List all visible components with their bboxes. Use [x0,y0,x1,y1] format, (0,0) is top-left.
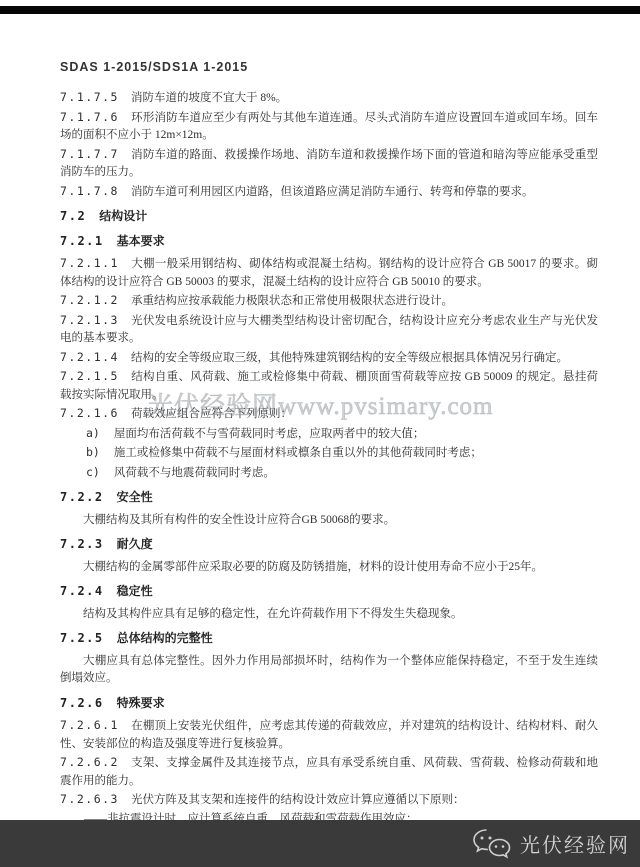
clause-number: 7.2.1.5 [60,369,119,383]
clause-text: 荷载效应组合应符合下列原则： [131,408,292,420]
clause-text: 环形消防车道应至少有两处与其他车道连通。尽头式消防车道应设置回车道或回车场。回车… [60,112,598,142]
clause-text: 结构及其构件应具有足够的稳定性，在允许荷载作用下不得发生失稳现象。 [83,608,463,620]
clause-number: 7.2.5 [60,631,104,645]
para-para: 大棚结构的金属零部件应采取必要的防腐及防锈措施，材料的设计使用寿命不应小于25年… [60,559,598,577]
heading-7.2.3: 7.2.3耐久度 [60,536,598,554]
clause-text: 大棚结构及其所有构件的安全性设计应符合GB 50068的要求。 [83,514,395,526]
clause-text: 稳定性 [117,584,153,598]
clause-number: 7.2.6.2 [60,755,119,769]
para-para: 结构及其构件应具有足够的稳定性，在允许荷载作用下不得发生失稳现象。 [60,606,598,624]
clause-text: 耐久度 [117,537,153,551]
clause-7.1.7.8: 7.1.7.8消防车道可利用园区内道路，但该道路应满足消防车通行、转弯和停靠的要… [60,183,598,202]
clause-number: 7.2.1.4 [60,350,119,364]
clause-7.2.6.3: 7.2.6.3光伏方阵及其支架和连接件的结构设计效应计算应遵循以下原则： [60,791,598,810]
heading-7.2.1: 7.2.1基本要求 [60,233,598,251]
clause-text: 在棚顶上安装光伏组件，应考虑其传递的荷载效应，并对建筑的结构设计、结构材料、耐久… [60,720,598,750]
list-item-label: b) [86,445,100,459]
document-body: 7.1.7.5消防车道的坡度不宜大于 8%。7.1.7.6环形消防车道应至少有两… [60,89,598,828]
clause-text: 风荷载不与地震荷载同时考虑。 [114,467,275,479]
clause-text: 大棚应具有总体完整性。因外力作用局部损坏时，结构作为一个整体应能保持稳定，不至于… [60,655,598,685]
heading-7.2.2: 7.2.2安全性 [60,489,598,507]
list-item-label: c) [86,465,100,479]
clause-number: 7.1.7.6 [60,110,119,124]
clause-number: 7.2.1 [60,234,104,248]
clause-7.2.1.5: 7.2.1.5结构自重、风荷载、施工或检修集中荷载、棚顶面雪荷载等应按 GB 5… [60,368,598,404]
heading-7.2.5: 7.2.5总体结构的完整性 [60,630,598,648]
para-para: 大棚结构及其所有构件的安全性设计应符合GB 50068的要求。 [60,512,598,530]
clause-number: 7.1.7.7 [60,147,119,161]
clause-number: 7.2.1.1 [60,256,119,270]
clause-7.1.7.5: 7.1.7.5消防车道的坡度不宜大于 8%。 [60,89,598,108]
clause-number: 7.2.6.1 [60,718,119,732]
clause-text: 总体结构的完整性 [117,631,213,645]
clause-number: 7.2.3 [60,537,104,551]
clause-number: 7.2.2 [60,490,104,504]
clause-text: 承重结构应按承载能力极限状态和正常使用极限状态进行设计。 [131,295,453,307]
document-standard-number: SDAS 1-2015/SDS1A 1-2015 [60,60,598,74]
clause-text: 安全性 [117,490,153,504]
heading-7.2.4: 7.2.4稳定性 [60,583,598,601]
clause-7.2.1.4: 7.2.1.4结构的安全等级应取三级，其他特殊建筑钢结构的安全等级应根据具体情况… [60,349,598,368]
clause-text: 结构自重、风荷载、施工或检修集中荷载、棚顶面雪荷载等应按 GB 50009 的规… [60,371,598,401]
clause-text: 屋面均布活荷载不与雪荷载同时考虑，应取两者中的较大值； [114,428,425,440]
clause-text: 光伏方阵及其支架和连接件的结构设计效应计算应遵循以下原则： [131,794,465,806]
clause-7.2.6.2: 7.2.6.2支架、支撑金属件及其连接节点，应具有承受系统自重、风荷载、雪荷载、… [60,754,598,790]
clause-text: 结构设计 [99,209,147,223]
list-item-a: a)屋面均布活荷载不与雪荷载同时考虑，应取两者中的较大值； [60,425,598,444]
clause-number: 7.2.1.3 [60,313,119,327]
clause-text: 光伏发电系统设计应与大棚类型结构设计密切配合，结构设计应充分考虑农业生产与光伏发… [60,315,598,345]
clause-7.1.7.7: 7.1.7.7消防车道的路面、救援操作场地、消防车道和救援操作场下面的管道和暗沟… [60,146,598,182]
heading-7.2: 7.2结构设计 [60,208,598,226]
list-item-label: a) [86,426,100,440]
clause-text: 施工或检修集中荷载不与屋面材料或檩条自重以外的其他荷载同时考虑； [114,447,482,459]
footer-brand-name: 光伏经验网 [520,829,630,858]
clause-number: 7.1.7.5 [60,90,119,104]
wechat-icon [471,828,513,860]
clause-number: 7.2.4 [60,584,104,598]
top-border-bar [0,6,640,14]
para-para: 大棚应具有总体完整性。因外力作用局部损坏时，结构作为一个整体应能保持稳定，不至于… [60,653,598,688]
list-item-b: b)施工或检修集中荷载不与屋面材料或檩条自重以外的其他荷载同时考虑； [60,444,598,463]
clause-7.1.7.6: 7.1.7.6环形消防车道应至少有两处与其他车道连通。尽头式消防车道应设置回车道… [60,109,598,145]
clause-number: 7.1.7.8 [60,184,119,198]
clause-number: 7.2.1.2 [60,293,119,307]
clause-text: 支架、支撑金属件及其连接节点，应具有承受系统自重、风荷载、雪荷载、检修动荷载和地… [60,757,598,787]
clause-number: 7.2.6 [60,696,104,710]
document-page: SDAS 1-2015/SDS1A 1-2015 7.1.7.5消防车道的坡度不… [60,60,598,852]
clause-number: 7.2 [60,209,86,223]
clause-number: 7.2.6.3 [60,792,119,806]
clause-text: 大棚一般采用钢结构、砌体结构或混凝土结构。钢结构的设计应符合 GB 50017 … [60,258,598,288]
clause-text: 基本要求 [117,234,165,248]
heading-7.2.6: 7.2.6特殊要求 [60,695,598,713]
clause-text: 结构的安全等级应取三级，其他特殊建筑钢结构的安全等级应根据具体情况另行确定。 [131,352,568,364]
clause-text: 消防车道的路面、救援操作场地、消防车道和救援操作场下面的管道和暗沟等应能承受重型… [60,149,598,179]
clause-number: 7.2.1.6 [60,406,119,420]
list-item-c: c)风荷载不与地震荷载同时考虑。 [60,464,598,483]
clause-7.2.1.3: 7.2.1.3光伏发电系统设计应与大棚类型结构设计密切配合，结构设计应充分考虑农… [60,312,598,348]
clause-text: 消防车道的坡度不宜大于 8%。 [131,92,287,104]
footer-bar: 光伏经验网 [0,820,640,867]
clause-7.2.1.6: 7.2.1.6荷载效应组合应符合下列原则： [60,405,598,424]
clause-text: 大棚结构的金属零部件应采取必要的防腐及防锈措施，材料的设计使用寿命不应小于25年… [83,561,543,573]
clause-text: 特殊要求 [117,696,165,710]
clause-7.2.1.2: 7.2.1.2承重结构应按承载能力极限状态和正常使用极限状态进行设计。 [60,292,598,311]
clause-7.2.6.1: 7.2.6.1在棚顶上安装光伏组件，应考虑其传递的荷载效应，并对建筑的结构设计、… [60,717,598,753]
clause-text: 消防车道可利用园区内道路，但该道路应满足消防车通行、转弯和停靠的要求。 [131,186,534,198]
clause-7.2.1.1: 7.2.1.1大棚一般采用钢结构、砌体结构或混凝土结构。钢结构的设计应符合 GB… [60,255,598,291]
